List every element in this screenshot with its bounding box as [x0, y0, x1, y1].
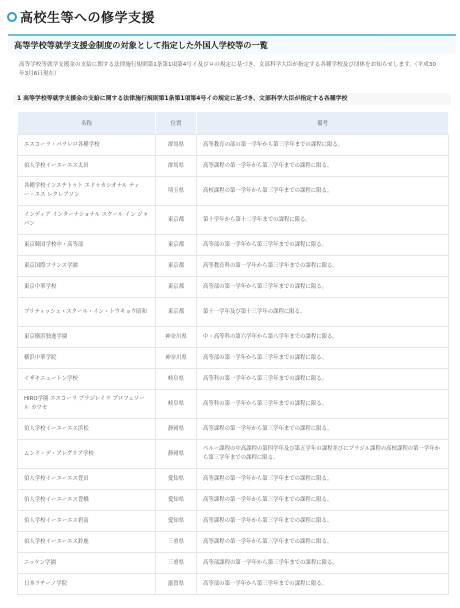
- table-row: 伯人学校イーエーエス碧南愛知県高等課程の第一学年から第三学年までの課程に限る。: [18, 511, 449, 532]
- page-title: 高校生等への修学支援: [7, 7, 155, 26]
- notes-cell: 高等課程の第一学年から第三学年までの課程に限る。: [197, 156, 449, 177]
- location-cell: 東京都: [156, 206, 197, 235]
- notes-cell: 高等教育の部の第一学年から第三学年までの課程に限る。: [197, 135, 449, 156]
- location-cell: 東京都: [156, 277, 197, 298]
- location-cell: 群馬県: [156, 156, 197, 177]
- school-name-cell: 東京韓国学校中・高等部: [18, 235, 156, 256]
- notes-cell: 高校課程の第一学年から第三学年までの課程に限る。: [197, 177, 449, 206]
- school-name-cell: HIRO学園 エスコーラ ブラジレイラ プロフェソール カワセ: [18, 390, 156, 419]
- column-header-notes: 備考: [197, 112, 449, 135]
- table-row: 東京国際フランス学園東京都高等教育科の第一学年から第三学年までの課程に限る。: [18, 256, 449, 277]
- location-cell: 愛知県: [156, 511, 197, 532]
- location-cell: 三重県: [156, 532, 197, 553]
- location-cell: 東京都: [156, 256, 197, 277]
- school-name-cell: ムンド・デ・アレグリア学校: [18, 440, 156, 469]
- subsection-title: 1 高等学校等就学支援金の支給に関する法律施行規則第1条第1項第4号イの規定に基…: [13, 93, 451, 105]
- intro-text: 高等学校等就学支援金の支給に関する法律施行規則第1条第1項第4号イ及びロの規定に…: [19, 61, 439, 79]
- school-name-cell: 伯人学校イーエーエス豊田: [18, 469, 156, 490]
- notes-cell: 高等課程の第一学年から第三学年までの課程に限る。: [197, 532, 449, 553]
- school-name-cell: ブリティッシュ・スクール・イン・トウキョウ昭和: [18, 298, 156, 327]
- school-name-cell: 伯人学校イーエーエス鈴鹿: [18, 532, 156, 553]
- table-row: HIRO学園 エスコーラ ブラジレイラ プロフェソール カワセ岐阜県高等科の第一…: [18, 390, 449, 419]
- table-row: 伯人学校イーエーエス太田群馬県高等課程の第一学年から第三学年までの課程に限る。: [18, 156, 449, 177]
- table-row: ブリティッシュ・スクール・イン・トウキョウ昭和東京都第十一学年及び第十三学年の課…: [18, 298, 449, 327]
- table-row: エスコーラ・パラレロ各種学校群馬県高等教育の部の第一学年から第三学年までの課程に…: [18, 135, 449, 156]
- location-cell: 岐阜県: [156, 369, 197, 390]
- location-cell: 愛知県: [156, 490, 197, 511]
- table-body: エスコーラ・パラレロ各種学校群馬県高等教育の部の第一学年から第三学年までの課程に…: [18, 135, 449, 595]
- location-cell: 東京都: [156, 298, 197, 327]
- notes-cell: ペルー課程の中高課程の第四学年及び第五学年の課程並びにブラジル課程の高校課程の第…: [197, 440, 449, 469]
- notes-cell: 高等部の第一学年から第三学年までの課程に限る。: [197, 574, 449, 595]
- table-row: 伯人学校イーエーエス鈴鹿三重県高等課程の第一学年から第三学年までの課程に限る。: [18, 532, 449, 553]
- location-cell: 静岡県: [156, 419, 197, 440]
- notes-cell: 第十一学年及び第十三学年の課程に限る。: [197, 298, 449, 327]
- school-name-cell: 各種学校インスチトゥト エドゥカシオナル ティー・エス レクレアソン: [18, 177, 156, 206]
- table-row: 横浜中華学院神奈川県高等部の第一学年から第三学年までの課程に限る。: [18, 348, 449, 369]
- school-name-cell: 伯人学校イーエーエス碧南: [18, 511, 156, 532]
- location-cell: 三重県: [156, 553, 197, 574]
- location-cell: 滋賀県: [156, 574, 197, 595]
- circle-bullet-icon: [7, 12, 17, 22]
- notes-cell: 高等部の第一学年から第三学年までの課程に限る。: [197, 277, 449, 298]
- school-name-cell: 伯人学校イーエーエス浜松: [18, 419, 156, 440]
- location-cell: 東京都: [156, 235, 197, 256]
- table-row: 日本ラチーノ学院滋賀県高等部の第一学年から第三学年までの課程に限る。: [18, 574, 449, 595]
- location-cell: 岐阜県: [156, 390, 197, 419]
- notes-cell: 高等科の第一学年から第三学年までの課程に限る。: [197, 369, 449, 390]
- notes-cell: 高等部の第一学年から第三学年までの課程に限る。: [197, 235, 449, 256]
- notes-cell: 高等部の第一学年から第三学年までの課程に限る。: [197, 348, 449, 369]
- notes-cell: 高等課程の第一学年から第三学年までの課程に限る。: [197, 490, 449, 511]
- location-cell: 神奈川県: [156, 327, 197, 348]
- school-name-cell: インディア インターナショナル スクール イン ジャパン: [18, 206, 156, 235]
- school-name-cell: 東京横浜独逸学園: [18, 327, 156, 348]
- location-cell: 神奈川県: [156, 348, 197, 369]
- notes-cell: 高等科の第一学年から第三学年までの課程に限る。: [197, 390, 449, 419]
- table-row: インディア インターナショナル スクール イン ジャパン東京都第十学年から第十二…: [18, 206, 449, 235]
- schools-table: 名称 位置 備考 エスコーラ・パラレロ各種学校群馬県高等教育の部の第一学年から第…: [17, 111, 449, 595]
- school-name-cell: 東京国際フランス学園: [18, 256, 156, 277]
- notes-cell: 高等課程の第一学年から第三学年までの課程に限る。: [197, 419, 449, 440]
- school-name-cell: 伯人学校イーエーエス太田: [18, 156, 156, 177]
- table-row: 東京横浜独逸学園神奈川県中・高等科の第六学年から第八学年までの課程に限る。: [18, 327, 449, 348]
- table-row: 伯人学校イーエーエス浜松静岡県高等課程の第一学年から第三学年までの課程に限る。: [18, 419, 449, 440]
- table-row: 各種学校インスチトゥト エドゥカシオナル ティー・エス レクレアソン埼玉県高校課…: [18, 177, 449, 206]
- table-row: 伯人学校イーエーエス豊橋愛知県高等課程の第一学年から第三学年までの課程に限る。: [18, 490, 449, 511]
- notes-cell: 高等課程の第一学年から第三学年までの課程に限る。: [197, 511, 449, 532]
- location-cell: 愛知県: [156, 469, 197, 490]
- table-header-row: 名称 位置 備考: [18, 112, 449, 135]
- section-title: 高等学校等就学支援金制度の対象として指定した外国人学校等の一覧: [8, 34, 456, 54]
- location-cell: 静岡県: [156, 440, 197, 469]
- table-row: 東京中華学校東京都高等部の第一学年から第三学年までの課程に限る。: [18, 277, 449, 298]
- school-name-cell: 伯人学校イーエーエス豊橋: [18, 490, 156, 511]
- notes-cell: 高等課程の第一学年から第三学年までの課程に限る。: [197, 469, 449, 490]
- school-name-cell: イザキニュートン学校: [18, 369, 156, 390]
- school-name-cell: 日本ラチーノ学院: [18, 574, 156, 595]
- column-header-location: 位置: [156, 112, 197, 135]
- page-title-text: 高校生等への修学支援: [20, 7, 155, 26]
- table-row: ニッケン学園三重県高等部課程の第一学年から第三学年までの課程に限る。: [18, 553, 449, 574]
- table-row: ムンド・デ・アレグリア学校静岡県ペルー課程の中高課程の第四学年及び第五学年の課程…: [18, 440, 449, 469]
- table-row: 東京韓国学校中・高等部東京都高等部の第一学年から第三学年までの課程に限る。: [18, 235, 449, 256]
- location-cell: 群馬県: [156, 135, 197, 156]
- location-cell: 埼玉県: [156, 177, 197, 206]
- notes-cell: 第十学年から第十二学年までの課程に限る。: [197, 206, 449, 235]
- notes-cell: 高等部課程の第一学年から第三学年までの課程に限る。: [197, 553, 449, 574]
- school-name-cell: ニッケン学園: [18, 553, 156, 574]
- school-name-cell: 東京中華学校: [18, 277, 156, 298]
- column-header-name: 名称: [18, 112, 156, 135]
- school-name-cell: エスコーラ・パラレロ各種学校: [18, 135, 156, 156]
- notes-cell: 高等教育科の第一学年から第三学年までの課程に限る。: [197, 256, 449, 277]
- table-row: 伯人学校イーエーエス豊田愛知県高等課程の第一学年から第三学年までの課程に限る。: [18, 469, 449, 490]
- school-name-cell: 横浜中華学院: [18, 348, 156, 369]
- notes-cell: 中・高等科の第六学年から第八学年までの課程に限る。: [197, 327, 449, 348]
- table-row: イザキニュートン学校岐阜県高等科の第一学年から第三学年までの課程に限る。: [18, 369, 449, 390]
